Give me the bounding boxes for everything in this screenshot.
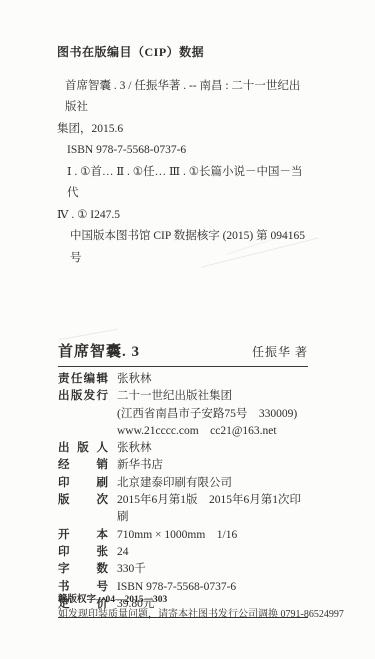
cip-line-record-number: 中国版本图书馆 CIP 数据核字 (2015) 第 094165 号 [57,226,307,269]
row-label: 开本 [58,527,108,544]
row-label: 版次 [58,492,108,527]
quality-notice: 如发现印装质量问题，请寄本社图书发行公司调换 0791-86524997 [58,608,358,621]
colophon-block: 首席智囊. 3 任振华 著 责任编辑 张秋林 出版发行 二十一世纪出版社集团 (… [58,340,308,622]
row-value: 710mm × 1000mm 1/16 [117,527,308,544]
row-publisher-person: 出版人 张秋林 [58,440,308,457]
row-editor: 责任编辑 张秋林 [58,371,308,388]
cip-block: 图书在版编目（CIP）数据 首席智囊 . 3 / 任振华著 . -- 南昌 : … [57,42,307,269]
row-edition: 版次 2015年6月第1版 2015年6月第1次印刷 [58,492,308,527]
row-label: 印张 [58,544,108,561]
cip-line-classification: Ⅰ . ①首… Ⅱ . ①任… Ⅲ . ①长篇小说－中国－当代 [57,162,307,205]
book-author: 任振华 著 [252,343,308,360]
row-sheets: 印张 24 [58,544,308,561]
row-word-count: 字数 330千 [58,561,308,578]
title-rule [58,366,308,367]
row-printer: 印刷 北京建泰印刷有限公司 [58,475,308,492]
row-distributor: 经销 新华书店 [58,457,308,474]
book-title: 首席智囊. 3 [58,340,140,361]
cip-line-publisher: 集团，2015.6 [57,119,307,141]
imprint-rows: 责任编辑 张秋林 出版发行 二十一世纪出版社集团 (江西省南昌市子安路75号 3… [58,371,308,613]
row-value: 新华书店 [117,457,308,474]
publisher-web: www.21cccc.com cc21@163.net [58,423,308,440]
row-value: 张秋林 [117,371,308,388]
cip-line-isbn: ISBN 978-7-5568-0737-6 [57,140,307,162]
row-value: 张秋林 [117,440,308,457]
cip-line-class-number: Ⅳ . ① I247.5 [57,205,307,227]
row-value: 330千 [117,561,308,578]
scan-crease [58,329,117,340]
row-value: 二十一世纪出版社集团 [117,388,308,405]
row-format: 开本 710mm × 1000mm 1/16 [58,527,308,544]
copyright-registration: 赣版权字—04—2015—303 [58,594,358,607]
publisher-address: (江西省南昌市子安路75号 330009) [58,406,308,423]
row-label: 责任编辑 [58,371,108,388]
footer-block: 赣版权字—04—2015—303 如发现印装质量问题，请寄本社图书发行公司调换 … [58,594,358,621]
row-label: 出版人 [58,440,108,457]
cip-heading: 图书在版编目（CIP）数据 [57,42,307,64]
row-value: 24 [117,544,308,561]
row-value: 北京建泰印刷有限公司 [117,475,308,492]
row-label: 经销 [58,457,108,474]
row-label: 印刷 [58,475,108,492]
title-row: 首席智囊. 3 任振华 著 [58,340,308,361]
row-label: 字数 [58,561,108,578]
row-label: 出版发行 [58,388,108,405]
row-publisher: 出版发行 二十一世纪出版社集团 [58,388,308,405]
cip-line-title: 首席智囊 . 3 / 任振华著 . -- 南昌 : 二十一世纪出版社 [57,76,307,119]
row-value: 2015年6月第1版 2015年6月第1次印刷 [117,492,308,527]
